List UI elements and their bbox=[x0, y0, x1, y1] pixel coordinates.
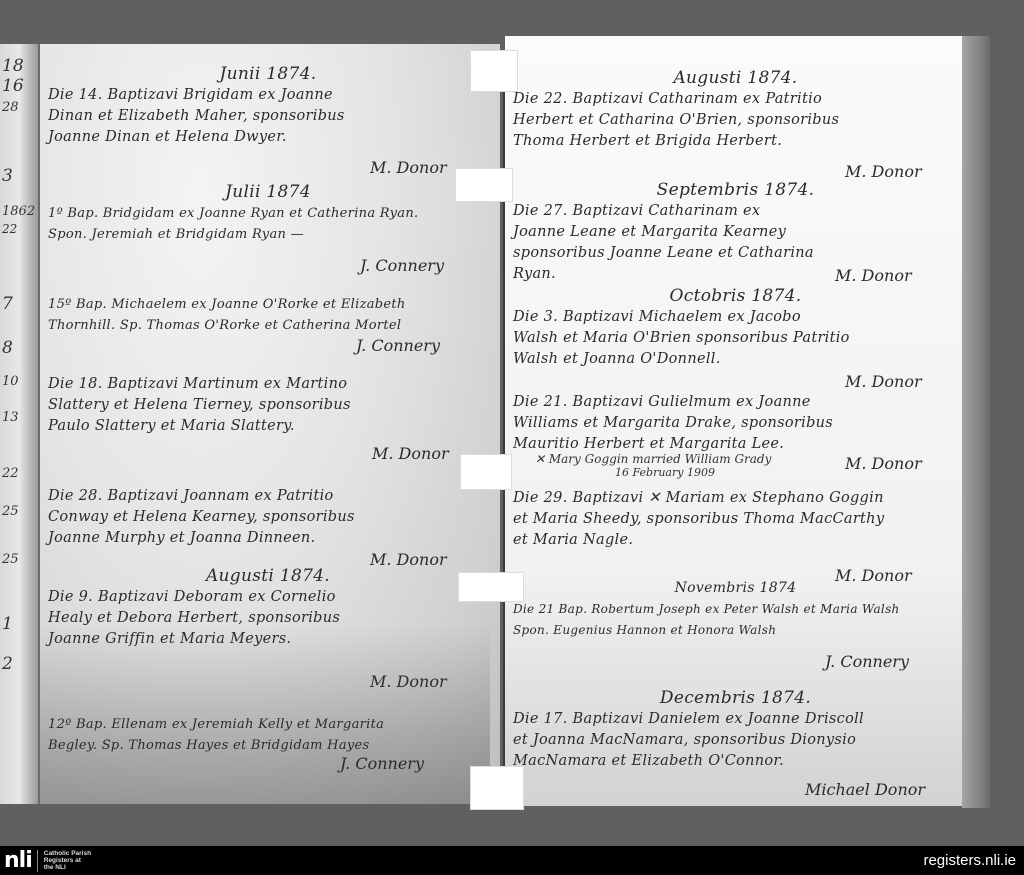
priest-signature: Michael Donor bbox=[805, 780, 925, 799]
entry-line: Thornhill. Sp. Thomas O'Rorke et Catheri… bbox=[48, 315, 488, 336]
month-heading: Decembris 1874. bbox=[513, 688, 958, 709]
priest-signature: M. Donor bbox=[845, 372, 922, 391]
entry-line: Die 3. Baptizavi Michaelem ex Jacobo bbox=[513, 307, 958, 328]
brand-text: Catholic Parish Registers at the NLI bbox=[44, 850, 91, 871]
priest-signature: J. Connery bbox=[825, 652, 909, 671]
entry-text: Die 21 Bap. Robertum Joseph ex Peter Wal… bbox=[513, 599, 958, 641]
margin-number: 1 bbox=[2, 614, 13, 634]
entry-line: Walsh et Joanna O'Donnell. bbox=[513, 349, 958, 370]
margin-number: 16 bbox=[2, 76, 24, 96]
entry-text: 12º Bap. Ellenam ex Jeremiah Kelly et Ma… bbox=[48, 714, 488, 756]
entry-line: Die 22. Baptizavi Catharinam ex Patritio bbox=[513, 89, 958, 110]
margin-number: 28 bbox=[2, 100, 19, 115]
entry-line: Herbert et Catharina O'Brien, sponsoribu… bbox=[513, 110, 958, 131]
margin-number: 25 bbox=[2, 504, 19, 519]
entry-text: Die 28. Baptizavi Joannam ex Patritio Co… bbox=[48, 486, 488, 549]
entry-line: Joanne Dinan et Helena Dwyer. bbox=[48, 127, 488, 148]
entry-line: Joanne Murphy et Joanna Dinneen. bbox=[48, 528, 488, 549]
margin-number: 7 bbox=[2, 294, 13, 314]
margin-number: 1862 bbox=[2, 204, 35, 219]
priest-signature: M. Donor bbox=[835, 266, 912, 285]
entry-text: Die 22. Baptizavi Catharinam ex Patritio… bbox=[513, 89, 958, 152]
site-link[interactable]: registers.nli.ie bbox=[923, 852, 1024, 869]
register-entry: Die 29. Baptizavi ✕ Mariam ex Stephano G… bbox=[513, 488, 958, 551]
entry-text: Die 9. Baptizavi Deboram ex Cornelio Hea… bbox=[48, 587, 488, 650]
entry-line: 15º Bap. Michaelem ex Joanne O'Rorke et … bbox=[48, 294, 488, 315]
nli-brand[interactable]: nli Catholic Parish Registers at the NLI bbox=[0, 846, 91, 875]
entry-line: Die 9. Baptizavi Deboram ex Cornelio bbox=[48, 587, 488, 608]
entry-line: 12º Bap. Ellenam ex Jeremiah Kelly et Ma… bbox=[48, 714, 488, 735]
month-heading: Augusti 1874. bbox=[48, 566, 488, 587]
margin-number: 25 bbox=[2, 552, 19, 567]
brand-line: Catholic Parish bbox=[44, 850, 91, 857]
register-entry: Julii 1874 1º Bap. Bridgidam ex Joanne R… bbox=[48, 182, 488, 245]
entry-line: Healy et Debora Herbert, sponsoribus bbox=[48, 608, 488, 629]
register-entry: Die 28. Baptizavi Joannam ex Patritio Co… bbox=[48, 486, 488, 549]
entry-line: Slattery et Helena Tierney, sponsoribus bbox=[48, 395, 488, 416]
entry-line: Die 21. Baptizavi Gulielmum ex Joanne bbox=[513, 392, 958, 413]
entry-text: 1º Bap. Bridgidam ex Joanne Ryan et Cath… bbox=[48, 203, 488, 245]
priest-signature: M. Donor bbox=[370, 158, 447, 177]
marginal-annotation: ✕ Mary Goggin married William Grady 16 F… bbox=[535, 452, 771, 480]
month-heading: Augusti 1874. bbox=[513, 68, 958, 89]
margin-number: 13 bbox=[2, 410, 19, 425]
image-viewer[interactable]: 18 16 28 3 1862 22 7 8 10 13 22 25 25 1 … bbox=[0, 0, 1024, 846]
priest-signature: J. Connery bbox=[360, 256, 444, 275]
annotation-line: ✕ Mary Goggin married William Grady bbox=[535, 452, 771, 466]
entry-text: Die 18. Baptizavi Martinum ex Martino Sl… bbox=[48, 374, 488, 437]
register-entry: Augusti 1874. Die 22. Baptizavi Catharin… bbox=[513, 68, 958, 152]
entry-line: Paulo Slattery et Maria Slattery. bbox=[48, 416, 488, 437]
register-entry: Die 21. Baptizavi Gulielmum ex Joanne Wi… bbox=[513, 392, 958, 455]
register-entry: 12º Bap. Ellenam ex Jeremiah Kelly et Ma… bbox=[48, 714, 488, 756]
entry-line: Die 29. Baptizavi ✕ Mariam ex Stephano G… bbox=[513, 488, 958, 509]
entry-line: Die 18. Baptizavi Martinum ex Martino bbox=[48, 374, 488, 395]
margin-number: 2 bbox=[2, 654, 13, 674]
register-entry: Novembris 1874 Die 21 Bap. Robertum Jose… bbox=[513, 578, 958, 641]
entry-line: Williams et Margarita Drake, sponsoribus bbox=[513, 413, 958, 434]
entry-line: Conway et Helena Kearney, sponsoribus bbox=[48, 507, 488, 528]
entry-line: Die 27. Baptizavi Catharinam ex bbox=[513, 201, 958, 222]
month-heading: Octobris 1874. bbox=[513, 286, 958, 307]
entry-line: Spon. Eugenius Hannon et Honora Walsh bbox=[513, 620, 958, 641]
entry-line: Die 17. Baptizavi Danielem ex Joanne Dri… bbox=[513, 709, 958, 730]
brand-line: Registers at bbox=[44, 857, 91, 864]
entry-text: Die 14. Baptizavi Brigidam ex Joanne Din… bbox=[48, 85, 488, 148]
left-page: 18 16 28 3 1862 22 7 8 10 13 22 25 25 1 … bbox=[0, 44, 500, 804]
priest-signature: M. Donor bbox=[370, 672, 447, 691]
priest-signature: M. Donor bbox=[372, 444, 449, 463]
entry-line: Begley. Sp. Thomas Hayes et Bridgidam Ha… bbox=[48, 735, 488, 756]
month-heading: Septembris 1874. bbox=[513, 180, 958, 201]
entry-line: sponsoribus Joanne Leane et Catharina bbox=[513, 243, 958, 264]
entry-line: Die 21 Bap. Robertum Joseph ex Peter Wal… bbox=[513, 599, 958, 620]
entry-line: Joanne Griffin et Maria Meyers. bbox=[48, 629, 488, 650]
gutter-tab bbox=[470, 50, 518, 92]
priest-signature: M. Donor bbox=[845, 454, 922, 473]
entry-line: Joanne Leane et Margarita Kearney bbox=[513, 222, 958, 243]
month-heading: Junii 1874. bbox=[48, 64, 488, 85]
entry-text: Die 3. Baptizavi Michaelem ex Jacobo Wal… bbox=[513, 307, 958, 370]
margin-number: 18 bbox=[2, 56, 24, 76]
footer-bar: nli Catholic Parish Registers at the NLI… bbox=[0, 846, 1024, 875]
register-book-scan: 18 16 28 3 1862 22 7 8 10 13 22 25 25 1 … bbox=[0, 36, 1000, 812]
annotation-date: 16 February 1909 bbox=[535, 466, 771, 480]
entry-line: 1º Bap. Bridgidam ex Joanne Ryan et Cath… bbox=[48, 203, 488, 224]
entry-text: Die 29. Baptizavi ✕ Mariam ex Stephano G… bbox=[513, 488, 958, 551]
entry-line: Walsh et Maria O'Brien sponsoribus Patri… bbox=[513, 328, 958, 349]
brand-line: the NLI bbox=[44, 864, 91, 871]
entry-line: Dinan et Elizabeth Maher, sponsoribus bbox=[48, 106, 488, 127]
previous-page-margin: 18 16 28 3 1862 22 7 8 10 13 22 25 25 1 … bbox=[0, 44, 40, 804]
entry-line: Thoma Herbert et Brigida Herbert. bbox=[513, 131, 958, 152]
entry-line: et Joanna MacNamara, sponsoribus Dionysi… bbox=[513, 730, 958, 751]
margin-number: 22 bbox=[2, 466, 19, 481]
entry-line: Die 14. Baptizavi Brigidam ex Joanne bbox=[48, 85, 488, 106]
margin-number: 3 bbox=[2, 166, 13, 186]
entry-line: et Maria Nagle. bbox=[513, 530, 958, 551]
entry-text: Die 17. Baptizavi Danielem ex Joanne Dri… bbox=[513, 709, 958, 772]
entry-text: 15º Bap. Michaelem ex Joanne O'Rorke et … bbox=[48, 294, 488, 336]
priest-signature: J. Connery bbox=[356, 336, 440, 355]
register-entry: Die 18. Baptizavi Martinum ex Martino Sl… bbox=[48, 374, 488, 437]
register-entry: Decembris 1874. Die 17. Baptizavi Daniel… bbox=[513, 688, 958, 772]
entry-text: Die 21. Baptizavi Gulielmum ex Joanne Wi… bbox=[513, 392, 958, 455]
entry-line: Die 28. Baptizavi Joannam ex Patritio bbox=[48, 486, 488, 507]
gutter-tab bbox=[458, 572, 524, 602]
gutter-tab bbox=[470, 766, 524, 810]
register-entry: Octobris 1874. Die 3. Baptizavi Michaele… bbox=[513, 286, 958, 370]
gutter-tab bbox=[455, 168, 513, 202]
book-fore-edge bbox=[962, 36, 990, 808]
entry-line: MacNamara et Elizabeth O'Connor. bbox=[513, 751, 958, 772]
register-entry: 15º Bap. Michaelem ex Joanne O'Rorke et … bbox=[48, 294, 488, 336]
margin-number: 22 bbox=[2, 222, 17, 236]
gutter-tab bbox=[460, 454, 512, 490]
priest-signature: M. Donor bbox=[845, 162, 922, 181]
priest-signature: J. Connery bbox=[340, 754, 424, 773]
brand-divider bbox=[37, 850, 38, 872]
entry-line: Spon. Jeremiah et Bridgidam Ryan — bbox=[48, 224, 488, 245]
margin-number: 8 bbox=[2, 338, 13, 358]
register-entry: Junii 1874. Die 14. Baptizavi Brigidam e… bbox=[48, 64, 488, 148]
entry-line: et Maria Sheedy, sponsoribus Thoma MacCa… bbox=[513, 509, 958, 530]
nli-logo-icon: nli bbox=[4, 850, 32, 872]
register-entry: Augusti 1874. Die 9. Baptizavi Deboram e… bbox=[48, 566, 488, 650]
right-page: Augusti 1874. Die 22. Baptizavi Catharin… bbox=[505, 36, 965, 806]
month-heading: Julii 1874 bbox=[48, 182, 488, 203]
month-heading: Novembris 1874 bbox=[513, 578, 958, 599]
margin-number: 10 bbox=[2, 374, 19, 389]
